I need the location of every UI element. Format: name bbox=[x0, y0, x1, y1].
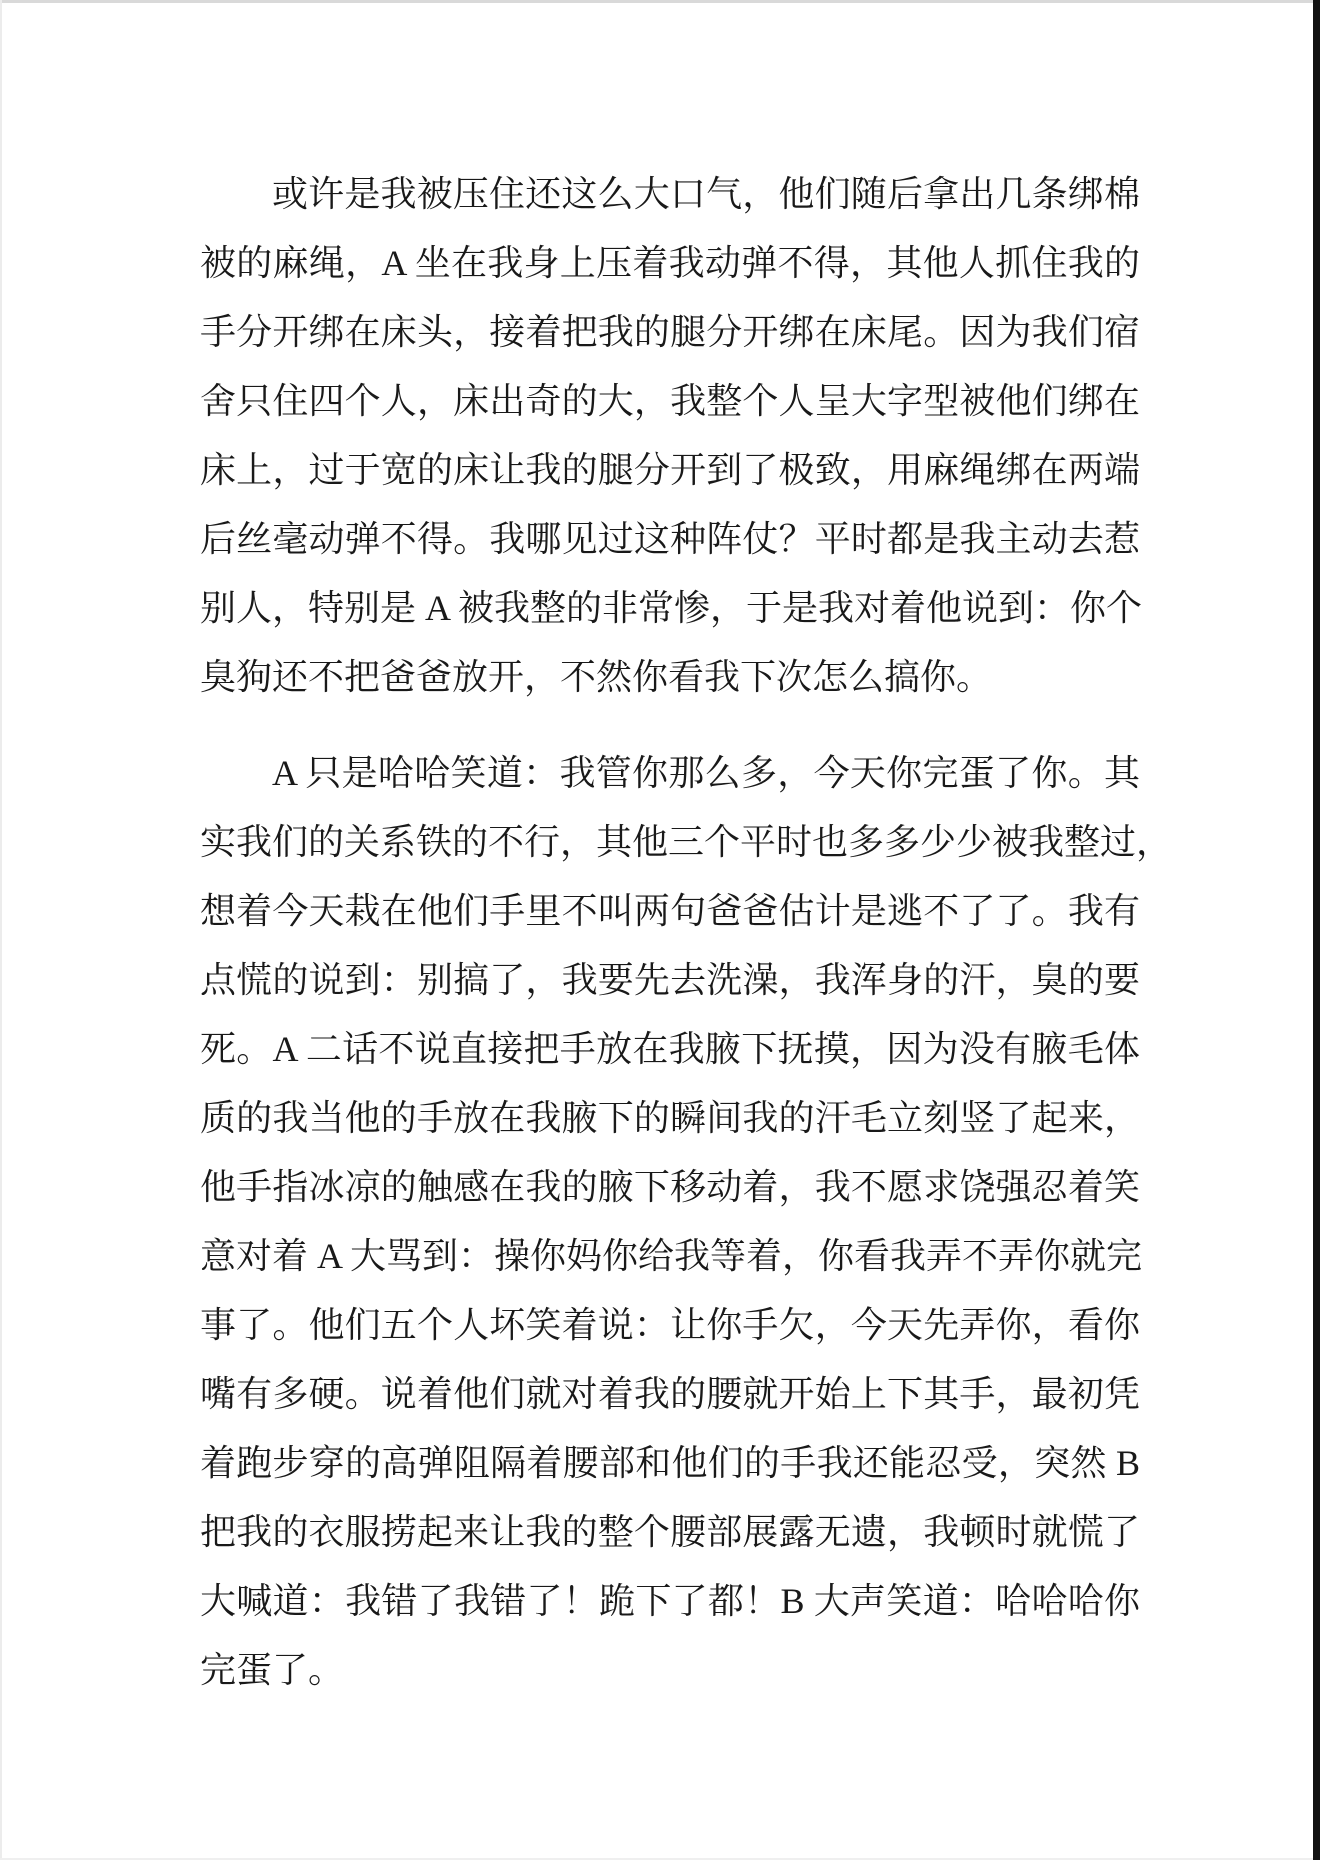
document-page: 或许是我被压住还这么大口气，他们随后拿出几条绑棉 被的麻绳，A 坐在我身上压着我… bbox=[0, 0, 1320, 1860]
paragraph-1-line-2: 被的麻绳，A 坐在我身上压着我动弹不得，其他人抓住我的 bbox=[200, 229, 1140, 298]
text-block: 或许是我被压住还这么大口气，他们随后拿出几条绑棉 被的麻绳，A 坐在我身上压着我… bbox=[200, 160, 1140, 1705]
paragraph-2-line-1: A 只是哈哈笑道：我管你那么多，今天你完蛋了你。其 bbox=[200, 739, 1140, 808]
paragraph-2: A 只是哈哈笑道：我管你那么多，今天你完蛋了你。其 实我们的关系铁的不行，其他三… bbox=[200, 739, 1140, 1705]
scan-edge-top bbox=[0, 0, 1320, 3]
scan-edge-left bbox=[0, 0, 2, 1860]
paragraph-2-line-5: 死。A 二话不说直接把手放在我腋下抚摸，因为没有腋毛体 bbox=[200, 1015, 1140, 1084]
paragraph-2-line-10: 嘴有多硬。说着他们就对着我的腰就开始上下其手，最初凭 bbox=[200, 1360, 1140, 1429]
paragraph-2-line-12: 把我的衣服捞起来让我的整个腰部展露无遗，我顿时就慌了 bbox=[200, 1498, 1140, 1567]
paragraph-2-line-8: 意对着 A 大骂到：操你妈你给我等着，你看我弄不弄你就完 bbox=[200, 1222, 1140, 1291]
paragraph-1-line-8: 臭狗还不把爸爸放开，不然你看我下次怎么搞你。 bbox=[200, 643, 1140, 712]
paragraph-2-line-6: 质的我当他的手放在我腋下的瞬间我的汗毛立刻竖了起来， bbox=[200, 1084, 1140, 1153]
paragraph-2-line-3: 想着今天栽在他们手里不叫两句爸爸估计是逃不了了。我有 bbox=[200, 877, 1140, 946]
scan-edge-right bbox=[1313, 0, 1320, 1860]
paragraph-2-line-7: 他手指冰凉的触感在我的腋下移动着，我不愿求饶强忍着笑 bbox=[200, 1153, 1140, 1222]
paragraph-1-line-6: 后丝毫动弹不得。我哪见过这种阵仗？平时都是我主动去惹 bbox=[200, 505, 1140, 574]
paragraph-1: 或许是我被压住还这么大口气，他们随后拿出几条绑棉 被的麻绳，A 坐在我身上压着我… bbox=[200, 160, 1140, 712]
paragraph-1-line-5: 床上，过于宽的床让我的腿分开到了极致，用麻绳绑在两端 bbox=[200, 436, 1140, 505]
paragraph-2-line-11: 着跑步穿的高弹阻隔着腰部和他们的手我还能忍受，突然 B bbox=[200, 1429, 1140, 1498]
paragraph-1-line-4: 舍只住四个人，床出奇的大，我整个人呈大字型被他们绑在 bbox=[200, 367, 1140, 436]
paragraph-2-line-13: 大喊道：我错了我错了！跪下了都！B 大声笑道：哈哈哈你 bbox=[200, 1567, 1140, 1636]
paragraph-1-line-3: 手分开绑在床头，接着把我的腿分开绑在床尾。因为我们宿 bbox=[200, 298, 1140, 367]
paragraph-2-line-4: 点慌的说到：别搞了，我要先去洗澡，我浑身的汗，臭的要 bbox=[200, 946, 1140, 1015]
paragraph-2-line-9: 事了。他们五个人坏笑着说：让你手欠，今天先弄你，看你 bbox=[200, 1291, 1140, 1360]
paragraph-1-line-7: 别人，特别是 A 被我整的非常惨，于是我对着他说到：你个 bbox=[200, 574, 1140, 643]
paragraph-1-line-1: 或许是我被压住还这么大口气，他们随后拿出几条绑棉 bbox=[200, 160, 1140, 229]
paragraph-2-line-14: 完蛋了。 bbox=[200, 1636, 1140, 1705]
paragraph-2-line-2: 实我们的关系铁的不行，其他三个平时也多多少少被我整过， bbox=[200, 808, 1140, 877]
